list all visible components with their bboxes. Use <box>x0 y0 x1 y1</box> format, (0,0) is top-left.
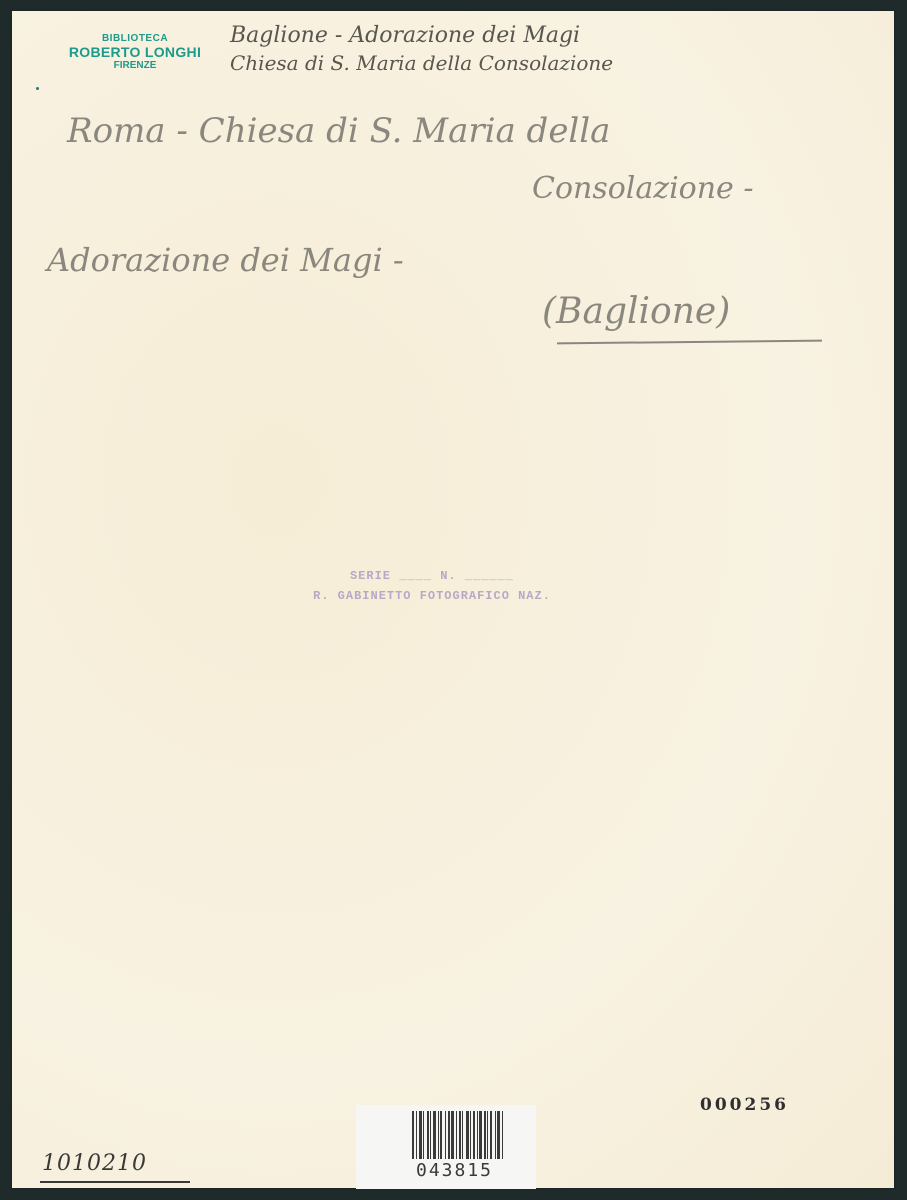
library-stamp-line3: FIRENZE <box>60 60 210 71</box>
library-stamp: BIBLIOTECA ROBERTO LONGHI FIRENZE <box>60 33 210 71</box>
gabinetto-stamp-name: R. GABINETTO FOTOGRAFICO NAZ. <box>272 589 592 603</box>
photo-back-card: BIBLIOTECA ROBERTO LONGHI FIRENZE Baglio… <box>12 11 894 1188</box>
ink-dot <box>36 87 39 90</box>
gabinetto-stamp-serie: SERIE ____ N. ______ <box>272 569 592 583</box>
top-note-line2: Chiesa di S. Maria della Consolazione <box>230 51 613 75</box>
main-note-line1: Roma - Chiesa di S. Maria della <box>67 111 610 151</box>
serial-number: 000256 <box>700 1095 789 1115</box>
top-note-line1: Baglione - Adorazione dei Magi <box>230 23 580 48</box>
main-note-line2: Consolazione - <box>532 171 753 206</box>
main-note-underline <box>557 340 822 345</box>
main-note-line4: (Baglione) <box>542 291 730 332</box>
main-note-line3: Adorazione dei Magi - <box>47 241 404 279</box>
barcode-number: 043815 <box>416 1160 493 1181</box>
library-stamp-line1: BIBLIOTECA <box>60 33 210 44</box>
gabinetto-stamp: SERIE ____ N. ______ R. GABINETTO FOTOGR… <box>272 569 592 603</box>
inventory-note: 1010210 <box>42 1151 147 1176</box>
barcode-label: 043815 <box>356 1105 536 1189</box>
inventory-underline <box>40 1181 190 1183</box>
barcode-icon <box>412 1111 524 1159</box>
library-stamp-line2: ROBERTO LONGHI <box>60 44 210 60</box>
